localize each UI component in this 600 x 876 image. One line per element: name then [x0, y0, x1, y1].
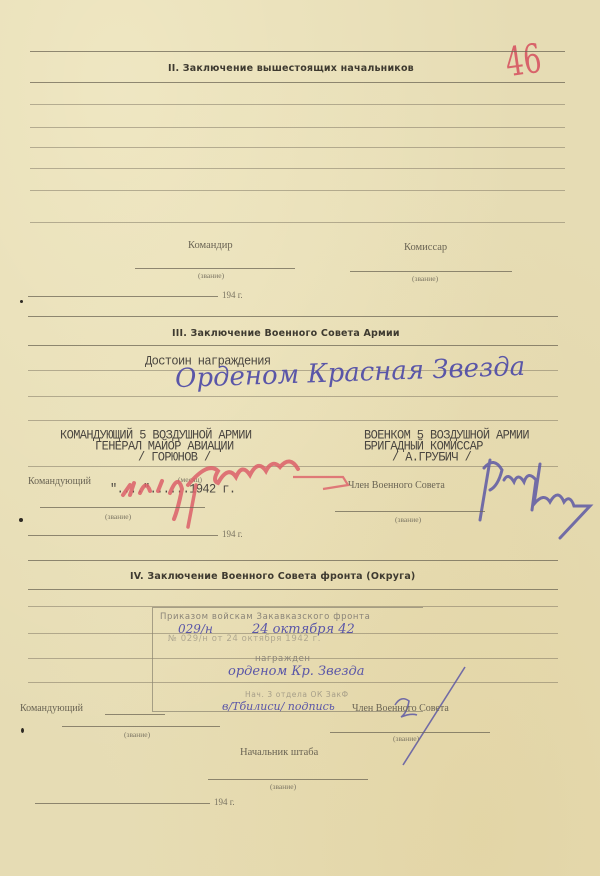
signature-line-commander — [40, 507, 205, 508]
red-signature — [118, 455, 358, 530]
handwritten-award: орденом Кр. Звезда — [228, 664, 364, 679]
rank-caption-left: (звание) — [105, 512, 131, 521]
rank-caption-center: (звание) — [270, 782, 296, 791]
blue-signature-front — [385, 665, 475, 775]
rule — [30, 190, 565, 191]
rule — [28, 345, 558, 346]
signature-line-chief — [208, 779, 368, 780]
rule — [30, 104, 565, 105]
rule — [30, 168, 565, 169]
commander-label: Командир — [188, 240, 233, 251]
council-member-label: Член Военного Совета — [352, 703, 449, 714]
blue-signature — [470, 440, 600, 535]
signature-line-council — [335, 511, 485, 512]
typed-line: / А.ГРУБИЧ / — [392, 451, 471, 463]
rule — [30, 147, 565, 148]
archive-page-number: 46 — [503, 36, 545, 87]
stamp-line: Нач. 3 отдела ОК ЗакФ — [245, 690, 349, 699]
rule — [28, 560, 558, 561]
council-member-label: Член Военного Совета — [348, 480, 445, 491]
date-year: 194 г. — [222, 529, 243, 539]
rank-caption-left: (звание) — [124, 730, 150, 739]
handwritten-order-number: 029/н — [178, 622, 213, 636]
rank-caption-right: (звание) — [393, 734, 419, 743]
rule — [28, 396, 558, 397]
rule — [28, 316, 558, 317]
rank-caption-left: (звание) — [198, 271, 224, 280]
signature-line-right — [330, 732, 490, 733]
date-line — [28, 296, 218, 297]
date-line — [28, 535, 218, 536]
signature-line-left — [62, 726, 220, 727]
chief-of-staff-label: Начальник штаба — [240, 747, 318, 758]
handwritten-signature-note: в/Тбилиси/ подпись — [222, 700, 335, 713]
commander-label: Командующий — [28, 476, 91, 487]
rule — [30, 51, 565, 52]
date-year: 194 г. — [214, 797, 235, 807]
date-line — [35, 803, 210, 804]
handwritten-order-date: 24 октября 42 — [252, 622, 355, 637]
signature-line-commander — [105, 714, 165, 715]
stamp-line: награжден — [255, 654, 311, 664]
section-4-heading: IV. Заключение Военного Совета фронта (О… — [130, 571, 415, 582]
rank-caption-right: (звание) — [412, 274, 438, 283]
commissar-label: Комиссар — [404, 242, 447, 253]
margin-mark — [20, 300, 23, 303]
rule — [28, 589, 558, 590]
date-year: 194 г. — [222, 290, 243, 300]
margin-mark — [19, 518, 23, 522]
section-3-heading: III. Заключение Военного Совета Армии — [172, 328, 400, 339]
rule — [28, 420, 558, 421]
rank-caption-right: (звание) — [395, 515, 421, 524]
signature-line-commander — [135, 268, 295, 269]
rule — [30, 82, 565, 83]
commander-label: Командующий — [20, 703, 83, 714]
signature-line-commissar — [350, 271, 512, 272]
stamp-line: Приказом войскам Закавказского фронта — [160, 612, 370, 622]
rule — [30, 127, 565, 128]
margin-mark — [21, 728, 24, 733]
rule — [30, 222, 565, 223]
section-2-heading: II. Заключение вышестоящих начальников — [168, 63, 414, 74]
